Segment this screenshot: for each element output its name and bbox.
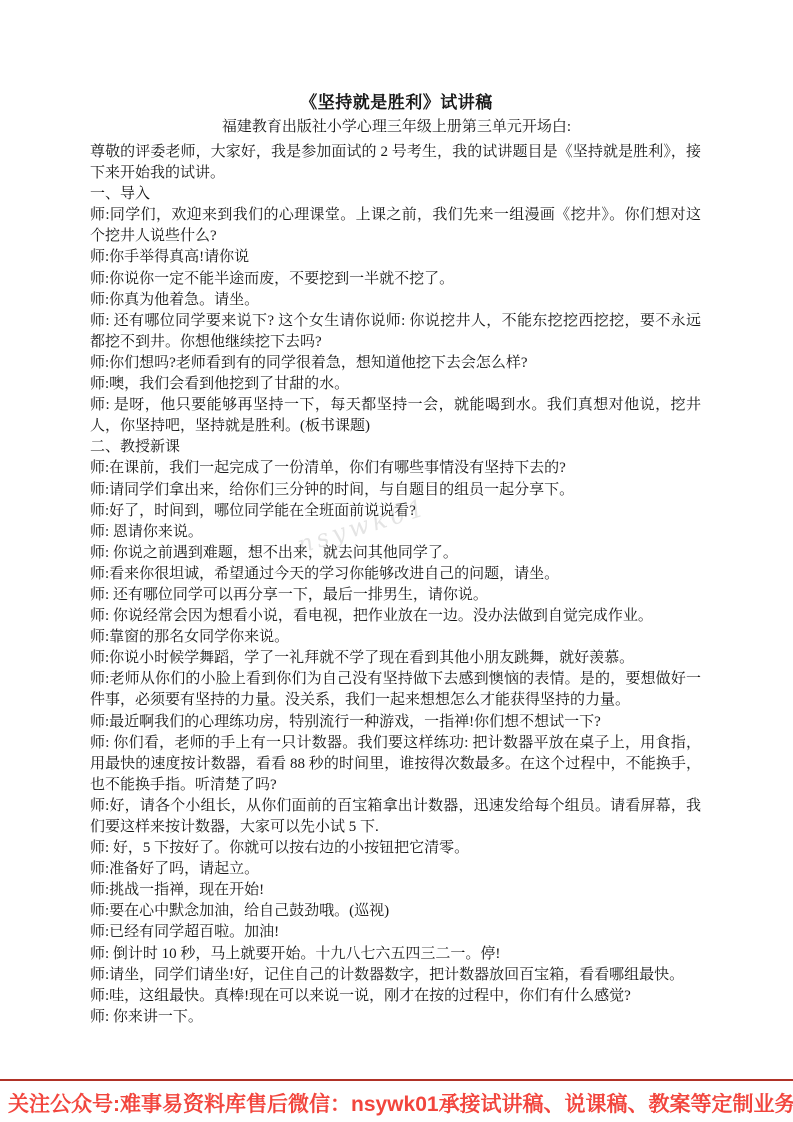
document-page: 《坚持就是胜利》试讲稿 福建教育出版社小学心理三年级上册第三单元开场白: 尊敬的… (0, 0, 793, 1122)
paragraph: 师:请同学们拿出来，给你们三分钟的时间，与自题目的组员一起分享下。 (90, 480, 701, 501)
footer-official-account: 关注公众号:难事易资料库 (8, 1093, 246, 1117)
paragraph: 二、教授新课 (90, 437, 701, 458)
paragraph: 师:在课前，我们一起完成了一份清单，你们有哪些事情没有坚持下去的? (90, 458, 701, 479)
paragraph: 师: 好，5 下按好了。你就可以按右边的小按钮把它清零。 (90, 838, 701, 859)
paragraph: 师: 倒计时 10 秒，马上就要开始。十九八七六五四三二一。停! (90, 944, 701, 965)
paragraph: 尊敬的评委老师，大家好，我是参加面试的 2 号考生，我的试讲题目是《坚持就是胜利… (90, 142, 701, 184)
paragraph: 师:已经有同学超百啦。加油! (90, 922, 701, 943)
paragraph: 师: 你说经常会因为想看小说，看电视，把作业放在一边。没办法做到自觉完成作业。 (90, 606, 701, 627)
paragraph: 师: 还有哪位同学可以再分享一下，最后一排男生，请你说。 (90, 585, 701, 606)
promo-footer: 关注公众号:难事易资料库 售后微信：nsywk01 承接试讲稿、说课稿、教案等定… (0, 1079, 793, 1122)
paragraph: 一、导入 (90, 184, 701, 205)
paragraph: 师:要在心中默念加油，给自己鼓劲哦。(巡视) (90, 901, 701, 922)
paragraph: 师:你说你一定不能半途而废，不要挖到一半就不挖了。 (90, 269, 701, 290)
paragraph: 师:准备好了吗，请起立。 (90, 859, 701, 880)
footer-wechat-contact: 售后微信：nsywk01 (246, 1093, 439, 1117)
paragraph: 师:靠窗的那名女同学你来说。 (90, 627, 701, 648)
paragraph: 师: 你说之前遇到难题，想不出来，就去问其他同学了。 (90, 543, 701, 564)
paragraph: 师:最近啊我们的心理练功房，特别流行一种游戏，一指禅!你们想不想试一下? (90, 712, 701, 733)
document-subtitle: 福建教育出版社小学心理三年级上册第三单元开场白: (0, 117, 793, 138)
paragraph: 师: 还有哪位同学要来说下? 这个女生请你说师: 你说挖井人，不能东挖挖西挖挖，… (90, 311, 701, 353)
paragraph: 师: 恩请你来说。 (90, 522, 701, 543)
paragraph: 师:你手举得真高!请你说 (90, 247, 701, 268)
paragraph: 师: 你们看，老师的手上有一只计数器。我们要这样练功: 把计数器平放在桌子上，用… (90, 733, 701, 796)
page-title: 《坚持就是胜利》试讲稿 (0, 0, 793, 114)
paragraph: 师:你说小时候学舞蹈，学了一礼拜就不学了现在看到其他小朋友跳舞，就好羡慕。 (90, 648, 701, 669)
paragraph: 师:好了，时间到，哪位同学能在全班面前说说看? (90, 501, 701, 522)
footer-services: 承接试讲稿、说课稿、教案等定制业务 (439, 1093, 793, 1117)
paragraph: 师:看来你很坦诚，希望通过今天的学习你能够改进自己的问题，请坐。 (90, 564, 701, 585)
paragraph: 师:老师从你们的小脸上看到你们为自己没有坚持做下去感到懊恼的表情。是的，要想做好… (90, 669, 701, 711)
paragraph: 师: 你来讲一下。 (90, 1007, 701, 1028)
paragraph: 师:哇，这组最快。真棒!现在可以来说一说，刚才在按的过程中，你们有什么感觉? (90, 986, 701, 1007)
paragraph: 师:你真为他着急。请坐。 (90, 290, 701, 311)
paragraph: 师:你们想吗?老师看到有的同学很着急，想知道他挖下去会怎么样? (90, 353, 701, 374)
paragraph: 师:同学们，欢迎来到我们的心理课堂。上课之前，我们先来一组漫画《挖井》。你们想对… (90, 205, 701, 247)
paragraph: 师:挑战一指禅，现在开始! (90, 880, 701, 901)
document-body: 尊敬的评委老师，大家好，我是参加面试的 2 号考生，我的试讲题目是《坚持就是胜利… (90, 142, 701, 1028)
paragraph: 师: 是呀，他只要能够再坚持一下，每天都坚持一会，就能喝到水。我们真想对他说，挖… (90, 395, 701, 437)
paragraph: 师:请坐，同学们请坐!好，记住自己的计数器数字，把计数器放回百宝箱，看看哪组最快… (90, 965, 701, 986)
paragraph: 师:好，请各个小组长，从你们面前的百宝箱拿出计数器，迅速发给每个组员。请看屏幕，… (90, 796, 701, 838)
paragraph: 师:噢，我们会看到他挖到了甘甜的水。 (90, 374, 701, 395)
